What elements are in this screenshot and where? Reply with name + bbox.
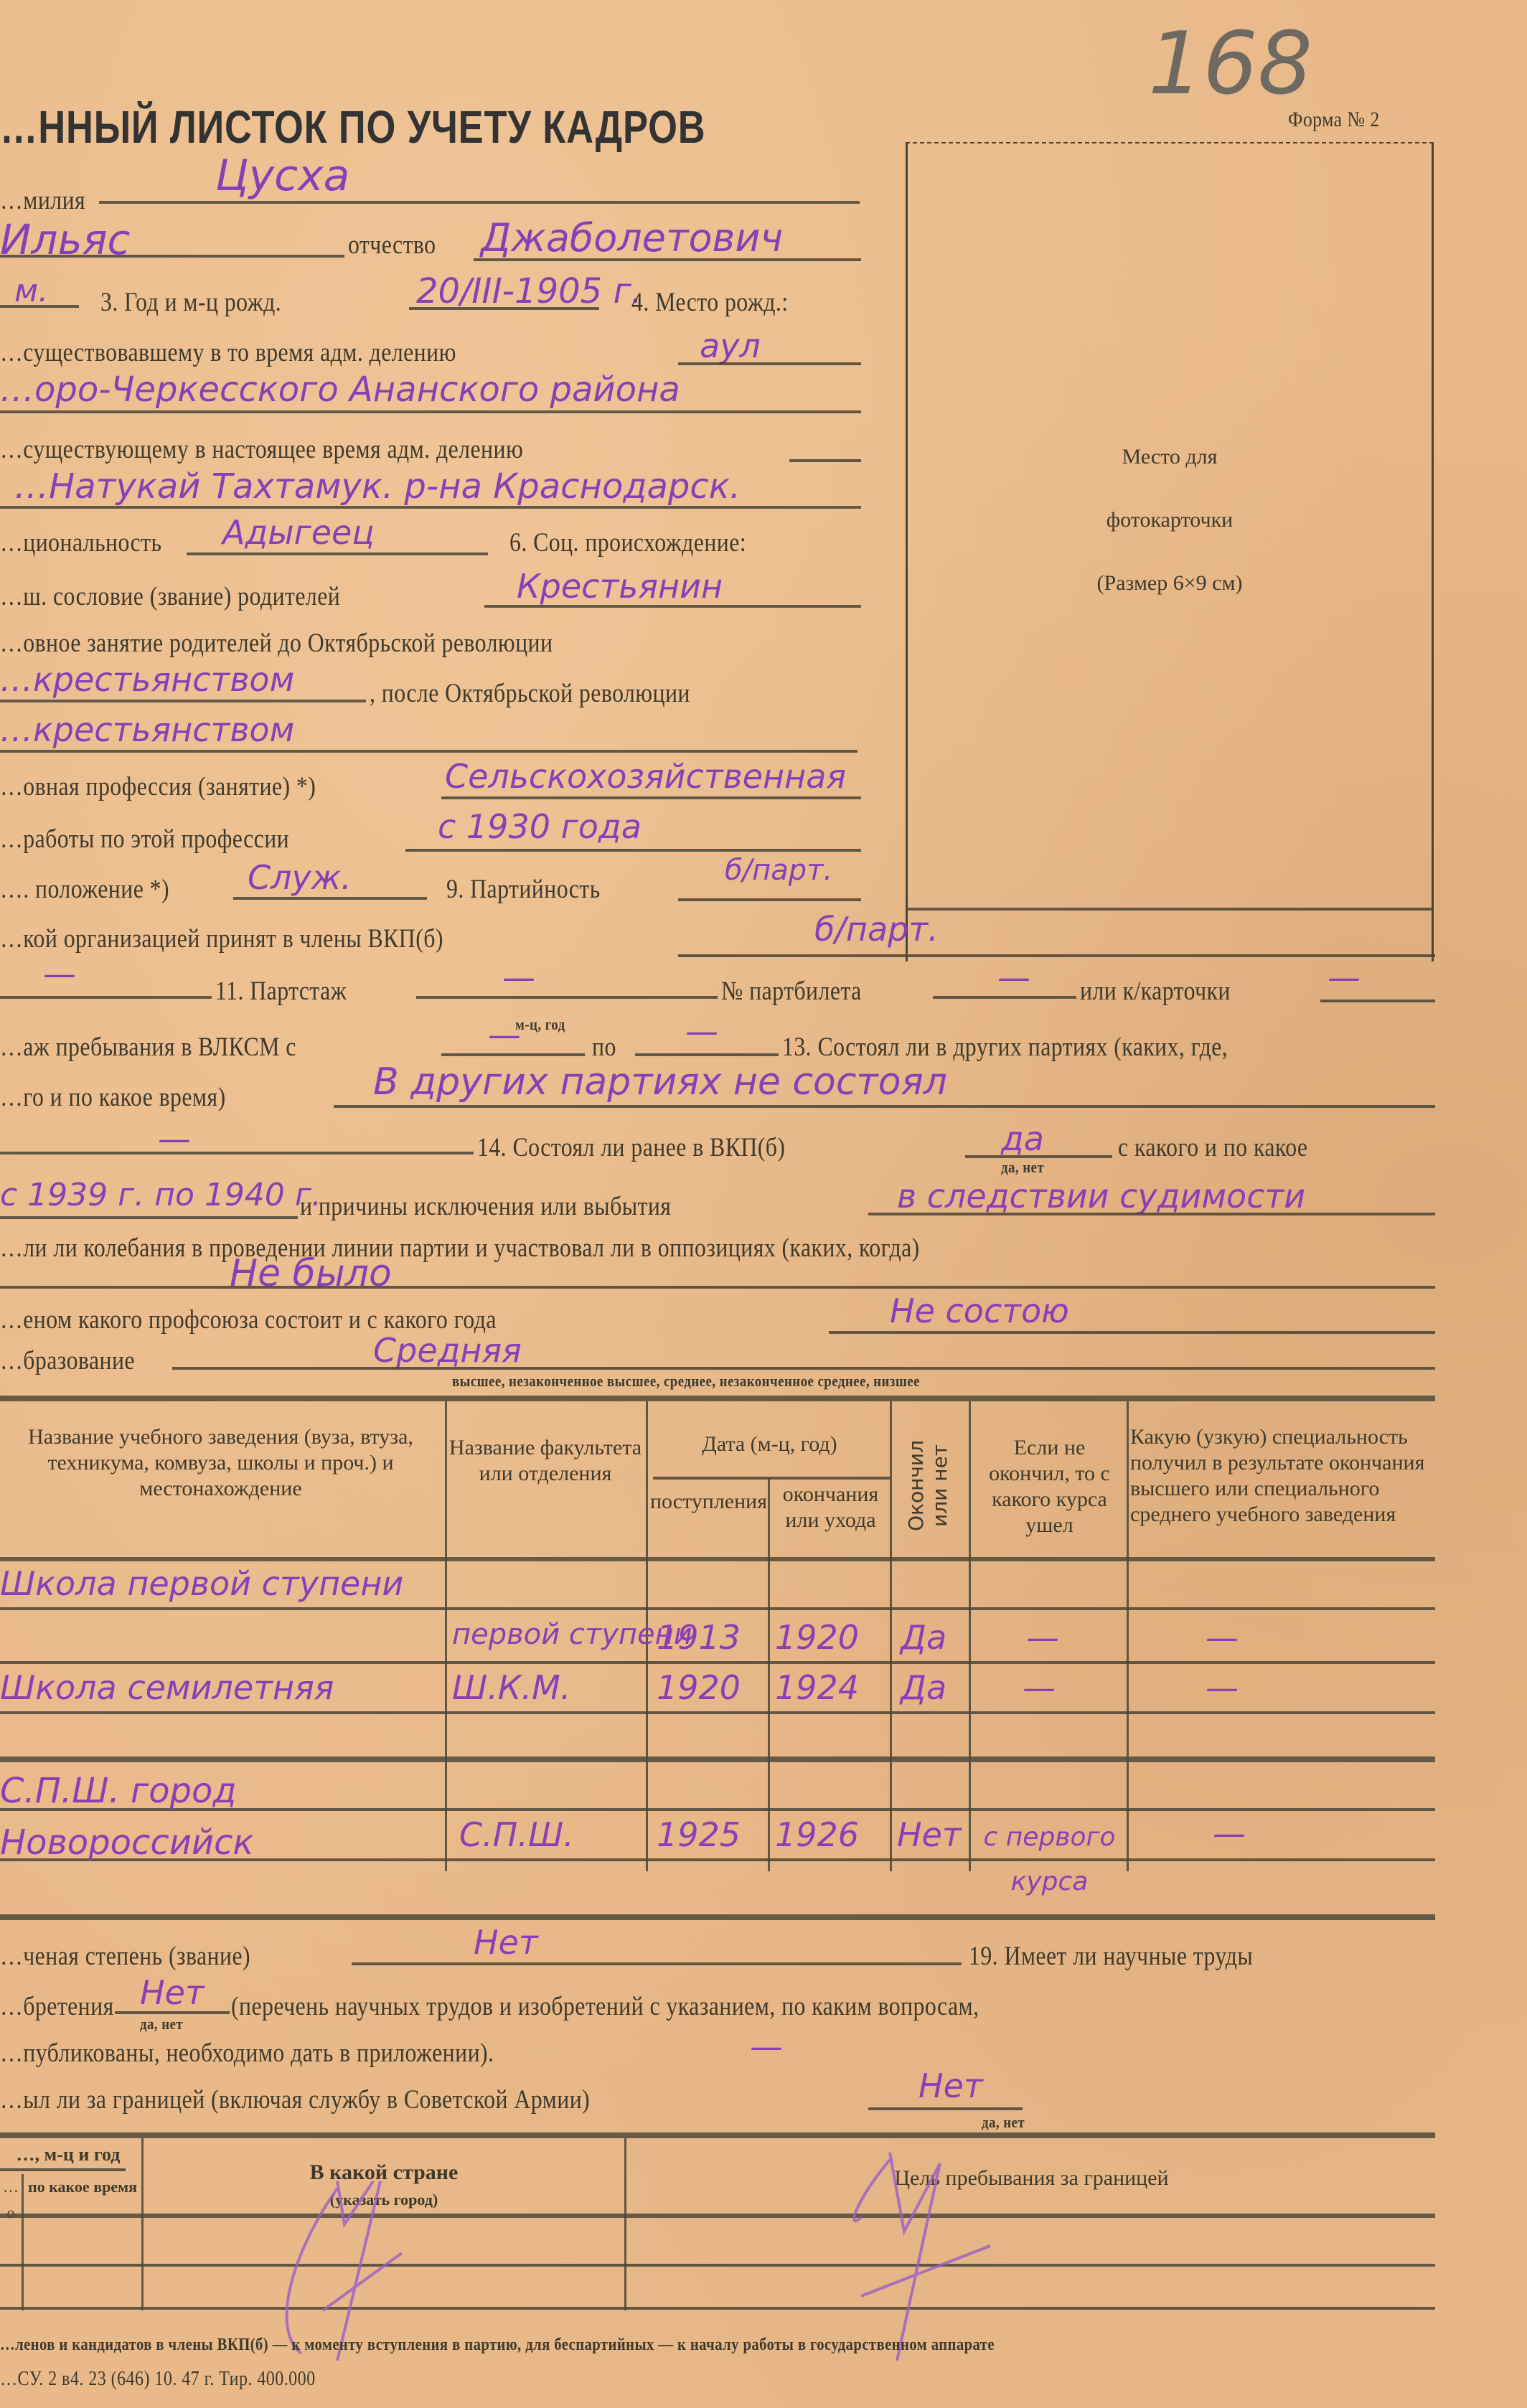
footer-print-info: …СУ. 2 в4. 23 (646) 10. 47 г. Тир. 400.0… — [0, 2368, 316, 2391]
footer-note: …ленов и кандидатов в члены ВКП(б) — к м… — [0, 2336, 995, 2355]
strike-through-marks — [0, 0, 1527, 2408]
